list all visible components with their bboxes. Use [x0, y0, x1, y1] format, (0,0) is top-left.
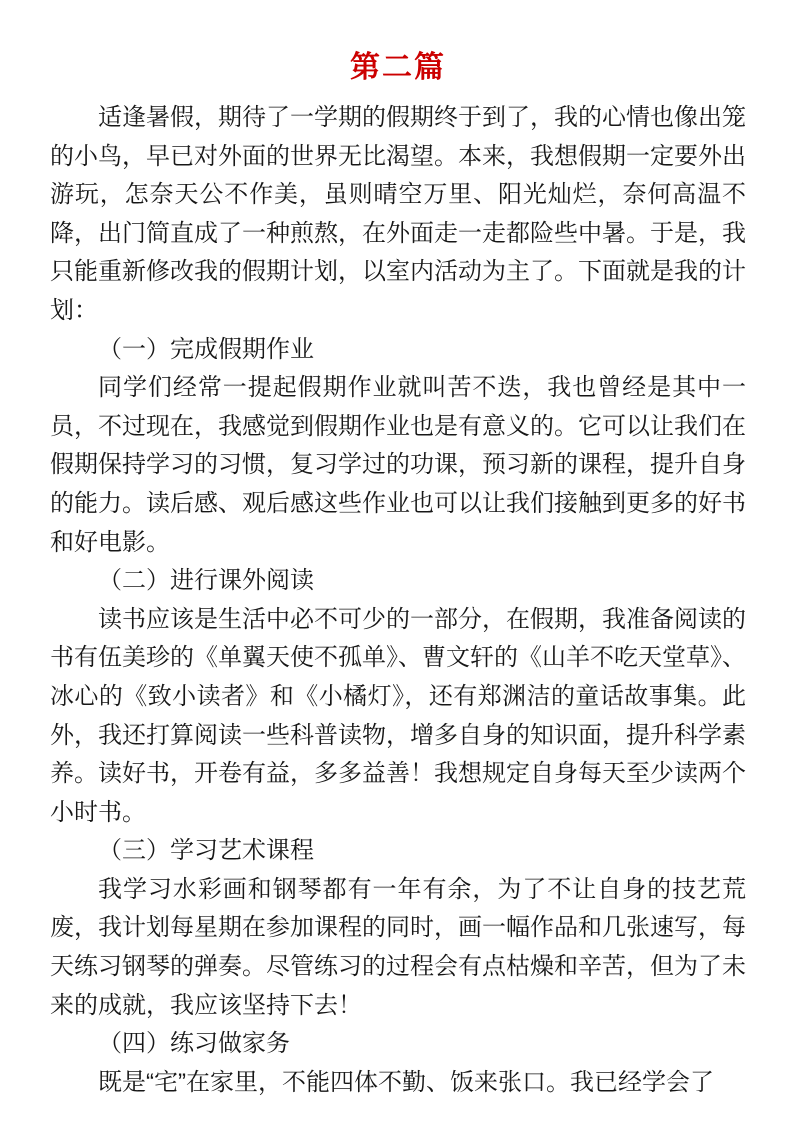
document-page: 第二篇 适逢暑假，期待了一学期的假期终于到了，我的心情也像出笼的小鸟，早已对外面… — [0, 0, 793, 1122]
section-heading: （一）完成假期作业 — [50, 331, 746, 370]
document-title: 第二篇 — [50, 48, 746, 88]
section-heading: （二）进行课外阅读 — [50, 562, 746, 601]
section-heading: （三）学习艺术课程 — [50, 832, 746, 871]
paragraph: 同学们经常一提起假期作业就叫苦不迭，我也曾经是其中一员，不过现在，我感觉到假期作… — [50, 369, 746, 562]
document-body: 适逢暑假，期待了一学期的假期终于到了，我的心情也像出笼的小鸟，早已对外面的世界无… — [50, 99, 746, 1102]
paragraph: 读书应该是生活中必不可少的一部分，在假期，我准备阅读的书有伍美珍的《单翼天使不孤… — [50, 601, 746, 833]
paragraph: 我学习水彩画和钢琴都有一年有余，为了不让自身的技艺荒废，我计划每星期在参加课程的… — [50, 871, 746, 1025]
paragraph: 既是“宅”在家里，不能四体不勤、饭来张口。我已经学会了 — [50, 1064, 746, 1103]
section-heading: （四）练习做家务 — [50, 1025, 746, 1064]
paragraph: 适逢暑假，期待了一学期的假期终于到了，我的心情也像出笼的小鸟，早已对外面的世界无… — [50, 99, 746, 331]
